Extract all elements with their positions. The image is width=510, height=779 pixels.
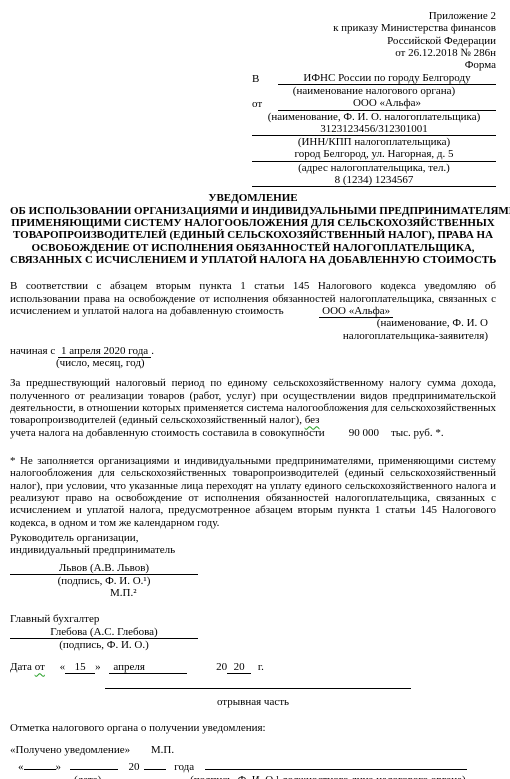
tear-off-line [105,688,411,689]
date-line: Дата от «15» апреля 2020 г. [10,661,496,674]
inn-kpp-caption: (ИНН/КПП налогоплательщика) [252,136,496,148]
authority-note-title: Отметка налогового органа о получении ув… [10,722,496,734]
period: . [151,345,154,357]
title-line: ТОВАРОПРОИЗВОДИТЕЛЕЙ (ЕДИНЫЙ СЕЛЬСКОХОЗЯ… [10,229,496,241]
appendix-line: к приказу Министерства финансов [10,22,496,34]
stamp-mark: М.П.² [110,587,496,599]
start-label: начиная с [10,345,55,357]
title-line: СВЯЗАННЫХ С ИСЧИСЛЕНИЕМ И УПЛАТОЙ НАЛОГА… [10,254,496,266]
title-line: ОСВОБОЖДЕНИЕ ОТ ИСПОЛНЕНИЯ ОБЯЗАННОСТЕЙ … [10,242,496,254]
appendix-line: от 26.12.2018 № 286н [10,47,496,59]
document-title: УВЕДОМЛЕНИЕ ОБ ИСПОЛЬЗОВАНИИ ОРГАНИЗАЦИЯ… [10,192,496,266]
address-value: город Белгород, ул. Нагорная, д. 5 [252,148,496,161]
stamp-mark: М.П. [151,744,174,756]
appendix-line: Приложение 2 [10,10,496,22]
form-label: Форма [10,59,496,71]
paragraph-basis: В соответствии с абзацем вторым пункта 1… [10,280,496,317]
exemption-start-line: начиная с 1 апреля 2020 года. [10,345,496,357]
tear-off-label: отрывная часть [10,696,496,708]
tax-authority-caption: (наименование налогового органа) [252,85,496,97]
accountant-signature: Глебова (А.С. Глебова) [10,626,198,639]
spellcheck-word: без [305,414,320,426]
year-suffix: г. [258,661,264,673]
income-amount: 90 000 [349,427,379,439]
phone-value: 8 (1234) 1234567 [252,174,496,187]
taxpayer-row: от ООО «Альфа» [252,97,496,110]
signature-field-caption: (подпись, Ф. И. О.¹ должностного лица на… [190,774,466,779]
date-day-field: 15 [65,661,95,674]
start-date-caption: (число, месяц, год) [56,357,496,369]
accountant-signature-caption: (подпись, Ф. И. О.) [10,639,198,651]
amount-line-text: учета налога на добавленную стоимость со… [10,427,325,439]
title-line: ПРИМЕНЯЮЩИМИ СИСТЕМУ НАЛОГООБЛОЖЕНИЯ ДЛЯ… [10,217,496,229]
blank-month-field [70,757,118,770]
footnote: * Не заполняется организациями и индивид… [10,455,496,529]
tax-authority-row: В ИФНС России по городу Белгороду [252,72,496,85]
taxpayer-name-value: ООО «Альфа» [278,97,496,110]
head-title-line: индивидуальный предприниматель [10,544,496,556]
quote-close: » [56,761,62,773]
taxpayer-name-caption: (наименование, Ф. И. О. налогоплательщик… [252,111,496,123]
appendix-block: Приложение 2 к приказу Министерства фина… [10,10,496,72]
head-title: Руководитель организации, индивидуальный… [10,532,496,557]
date-month-field: апреля [109,661,187,674]
inn-kpp-value: 3123123456/312301001 [252,123,496,136]
document-page: Приложение 2 к приказу Министерства фина… [0,0,510,779]
head-title-line: Руководитель организации, [10,532,496,544]
header-form: В ИФНС России по городу Белгороду (наиме… [252,72,496,188]
title-line: ОБ ИСПОЛЬЗОВАНИИ ОРГАНИЗАЦИЯМИ И ИНДИВИД… [10,205,496,217]
amount-unit: тыс. руб. *. [391,427,444,439]
taxpayer-name-inline: ООО «Альфа» [319,305,393,318]
accountant-title: Главный бухгалтер [10,613,496,625]
received-label: «Получено уведомление» [10,744,130,756]
date-label: Дата [10,661,32,673]
quote-close: » [95,661,101,673]
tax-authority-value: ИФНС России по городу Белгороду [278,72,496,85]
received-captions-row: (дата) (подпись, Ф. И. О.¹ должностного … [10,774,496,779]
to-label: В [252,73,278,85]
year-prefix: 20 [216,661,227,673]
address-caption: (адрес налогоплательщика, тел.) [252,162,496,174]
title-line: УВЕДОМЛЕНИЕ [10,192,496,204]
paragraph-income-text: За предшествующий налоговый период по ед… [10,377,496,426]
spellcheck-word: от [35,661,45,673]
head-signature: Львов (А.В. Львов) [10,562,198,575]
head-signature-caption: (подпись, Ф. И. О.¹) [10,575,198,587]
applicant-caption: (наименование, Ф. И. О налогоплательщика… [10,317,496,342]
received-date-row: «» 20 года [10,757,496,773]
date-field-caption: (дата) [74,774,101,779]
start-date-value: 1 апреля 2020 года [58,345,151,358]
blank-day-field [24,757,56,770]
appendix-line: Российской Федерации [10,35,496,47]
blank-signature-field [205,757,467,770]
year-word: года [174,761,194,773]
blank-year-field [144,757,166,770]
paragraph-basis-text: В соответствии с абзацем вторым пункта 1… [10,280,496,317]
paragraph-income: За предшествующий налоговый период по ед… [10,377,496,426]
received-row: «Получено уведомление» М.П. [10,744,496,756]
applicant-caption-line: налогоплательщика-заявителя) [10,330,488,342]
year-prefix: 20 [129,761,140,773]
income-amount-line: учета налога на добавленную стоимость со… [10,427,496,439]
from-label: от [252,98,278,110]
date-year-field: 20 [227,661,251,674]
applicant-caption-line: (наименование, Ф. И. О [10,317,488,329]
